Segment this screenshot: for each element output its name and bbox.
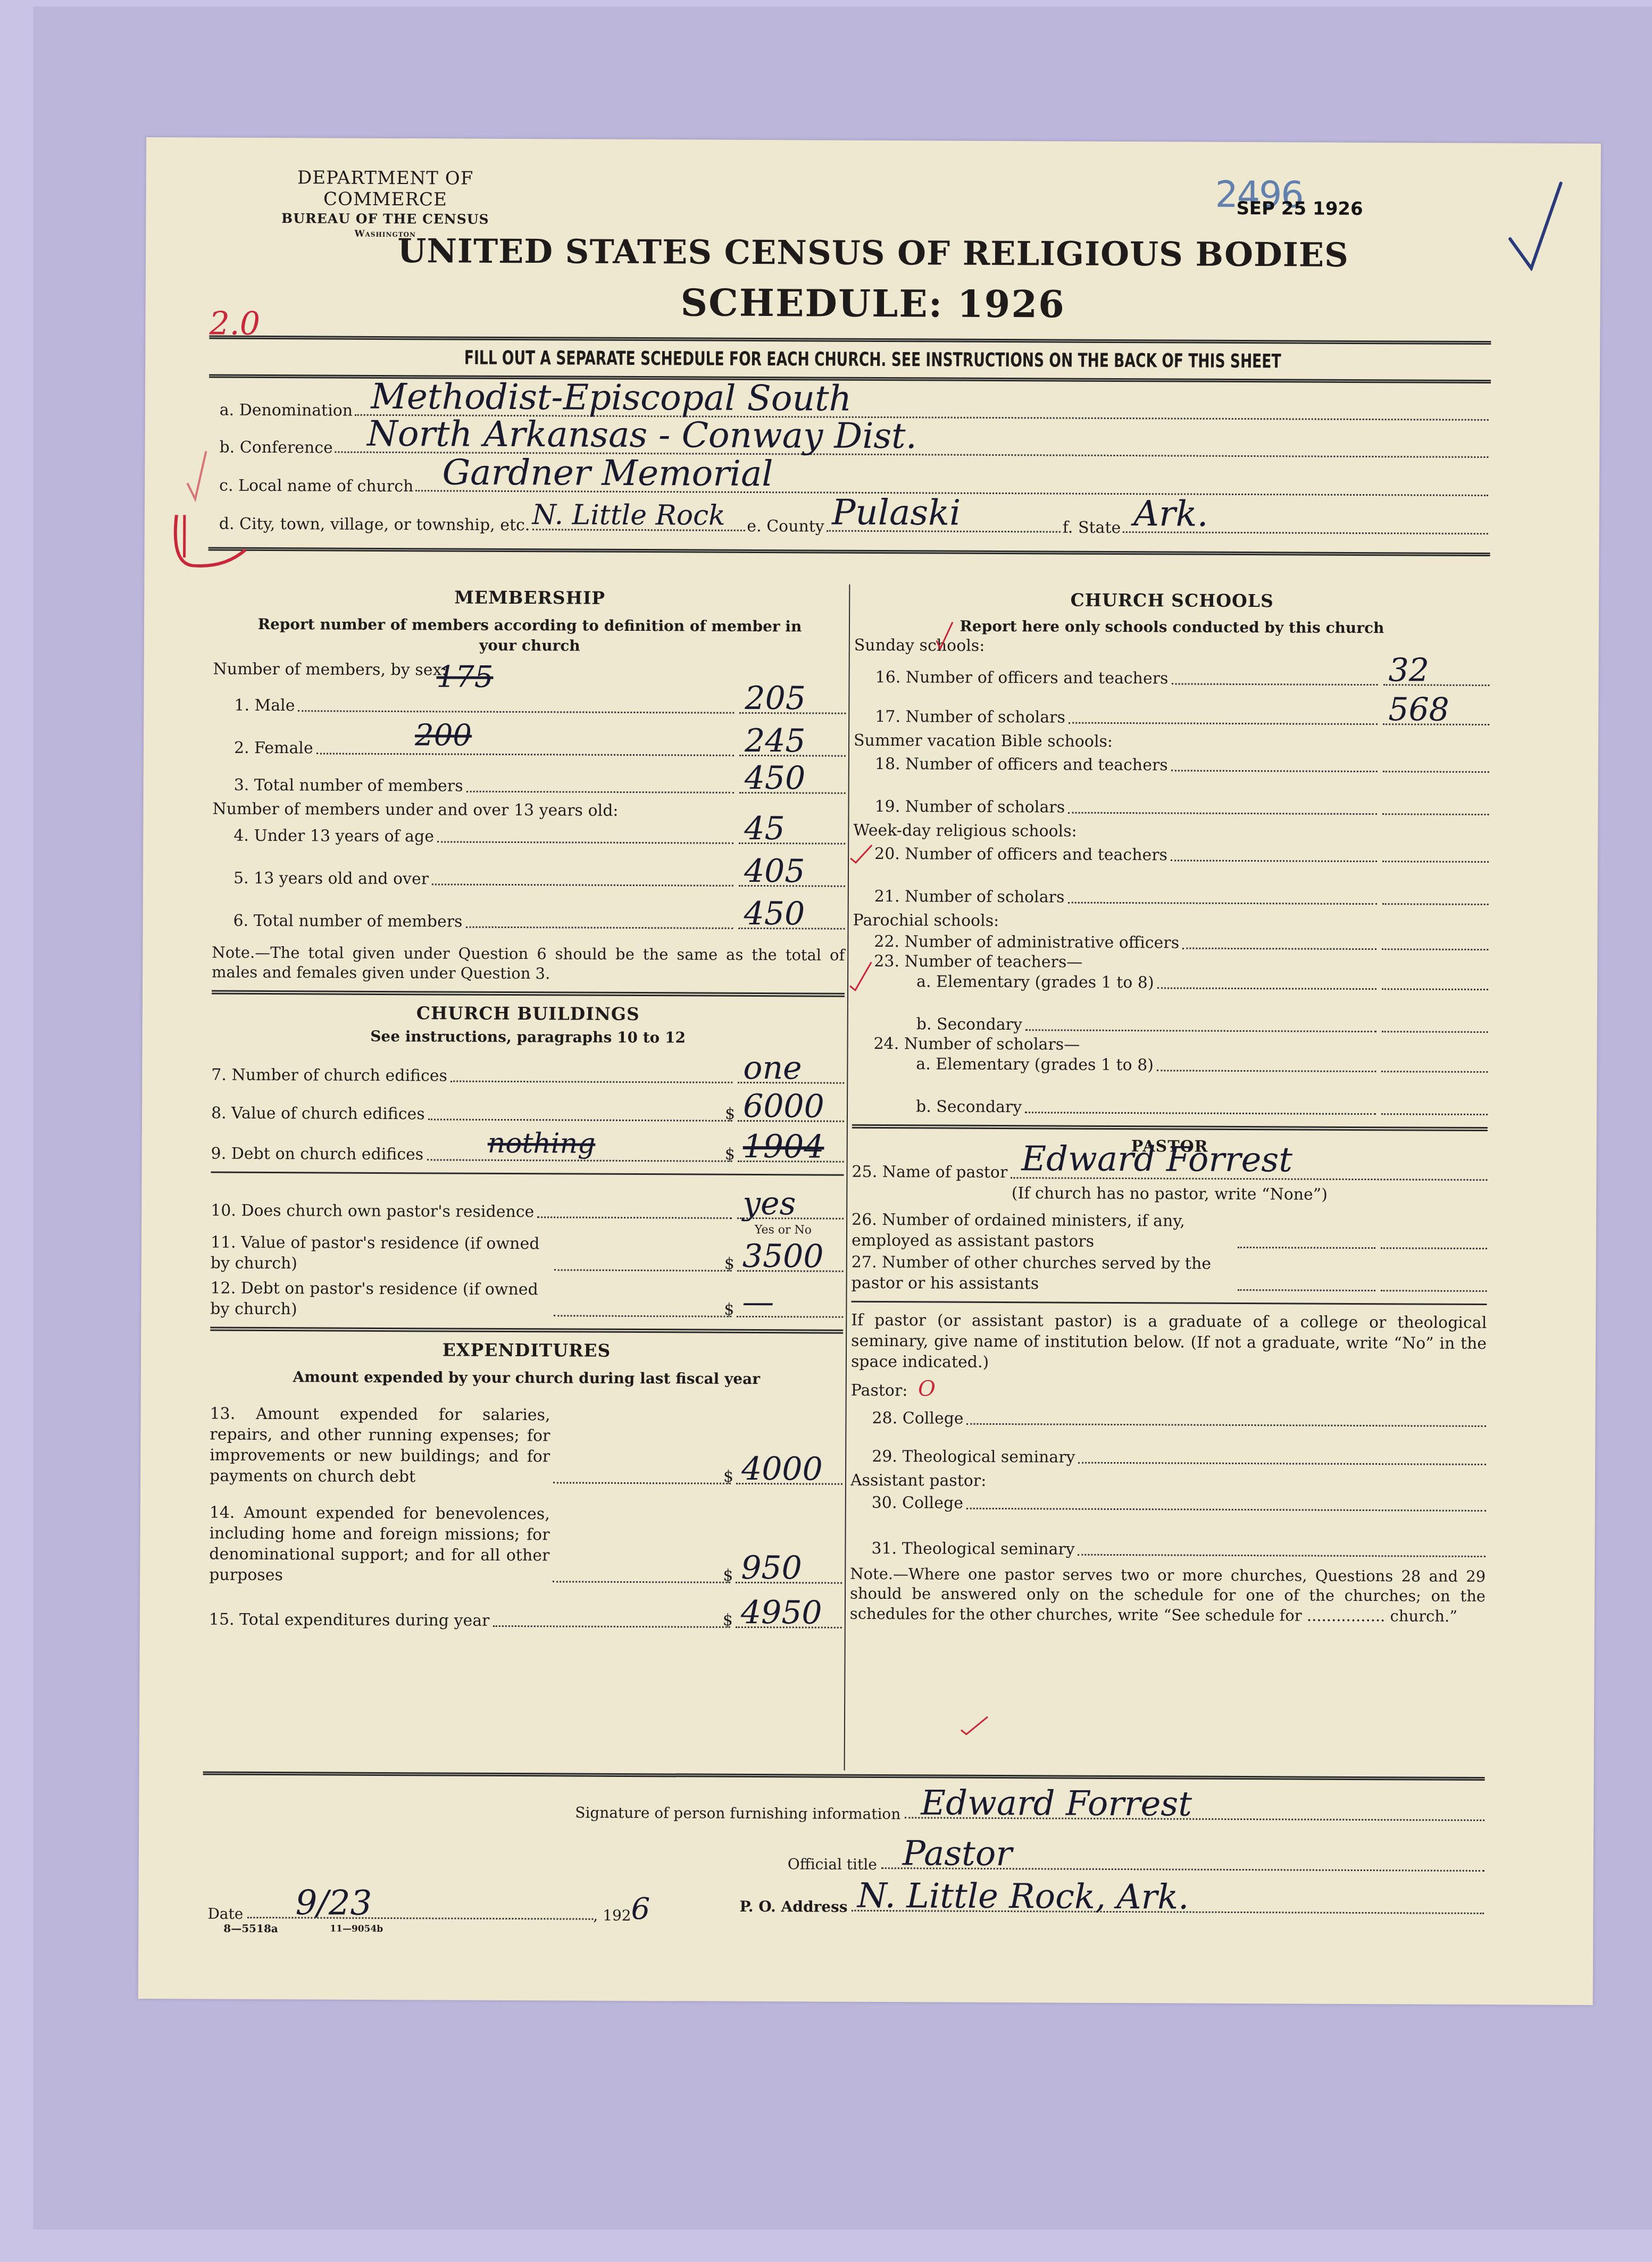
county-value: Pulaski — [832, 495, 961, 531]
divider — [209, 336, 1491, 345]
q21-label: 21. Number of scholars — [874, 886, 1065, 908]
q2-label: 2. Female — [234, 737, 313, 758]
divider — [851, 1301, 1487, 1305]
pastor-red-mark: O — [918, 1376, 936, 1401]
leader-dots — [466, 790, 734, 793]
county-label: e. County — [747, 517, 824, 536]
expenditures-title: EXPENDITURES — [210, 1338, 843, 1362]
weekday-label: Week-day religious schools: — [853, 821, 1489, 842]
red-check-icon — [848, 842, 874, 864]
q5-label: 5. 13 years old and over — [233, 867, 429, 889]
q11-field[interactable]: 3500 — [737, 1270, 844, 1272]
by-sex-label: Number of members, by sex: — [213, 660, 846, 681]
q17-field[interactable]: 568 — [1383, 723, 1489, 725]
q20-label: 20. Number of officers and teachers — [874, 844, 1167, 865]
q10-label: 10. Does church own pastor's residence — [211, 1200, 534, 1222]
divider — [852, 1124, 1488, 1131]
q30-field[interactable] — [966, 1508, 1486, 1512]
q23-label: 23. Number of teachers— — [853, 952, 1488, 973]
q4-field[interactable]: 45 — [739, 841, 845, 844]
summer-label: Summer vacation Bible schools: — [854, 731, 1489, 753]
leader-dots — [1182, 947, 1376, 950]
city-label: d. City, town, village, or township, etc… — [219, 515, 530, 535]
q28-row: 28. College — [850, 1401, 1486, 1431]
buildings-title: CHURCH BUILDINGS — [212, 1002, 845, 1025]
leader-dots — [1025, 1112, 1376, 1115]
q2-female-row: 2. Female 200 245 — [213, 715, 846, 761]
q13-value: 4000 — [741, 1453, 823, 1485]
q15-row: 15. Total expenditures during year 4950 — [209, 1585, 842, 1632]
q23a-field[interactable] — [1382, 988, 1488, 990]
q1-value: 205 — [745, 682, 806, 714]
conference-row: b. Conference North Arkansas - Conway Di… — [219, 425, 1490, 462]
denomination-value: Methodist-Episcopal South — [371, 379, 852, 416]
leader-dots — [1157, 1070, 1376, 1072]
q29-field[interactable] — [1078, 1462, 1486, 1465]
q14-row: 14. Amount expended for benevolences, in… — [209, 1489, 842, 1588]
q9-row: 9. Debt on church edifices nothing 1904 — [211, 1123, 844, 1166]
leader-dots — [316, 753, 734, 756]
q15-label: 15. Total expenditures during year — [209, 1609, 490, 1631]
form-number-2: 11—9054b — [330, 1924, 383, 1934]
graduate-instructions: If pastor (or assistant pastor) is a gra… — [851, 1310, 1487, 1375]
q17-value: 568 — [1388, 694, 1449, 725]
address-row: P. O. Address N. Little Rock, Ark. — [739, 1898, 1484, 1918]
q26-label: 26. Number of ordained ministers, if any… — [852, 1209, 1234, 1253]
city-field[interactable]: N. Little Rock — [532, 529, 745, 531]
bureau-name: BUREAU OF THE CENSUS — [236, 211, 534, 227]
signature-label: Signature of person furnishing informati… — [575, 1804, 900, 1823]
q3-value: 450 — [745, 762, 806, 794]
q27-row: 27. Number of other churches served by t… — [852, 1251, 1487, 1296]
q3-total-field[interactable]: 450 — [739, 791, 846, 794]
leader-dots — [432, 883, 733, 886]
leader-dots — [465, 926, 733, 929]
department-name: DEPARTMENT OF COMMERCE — [236, 167, 534, 211]
leader-dots — [298, 710, 734, 714]
red-check-icon — [934, 619, 955, 651]
state-field[interactable]: Ark. — [1123, 531, 1488, 535]
q10-row: 10. Does church own pastor's residence y… — [211, 1180, 844, 1223]
assistant-label: Assistant pastor: — [850, 1471, 1486, 1492]
q22-label: 22. Number of administrative officers — [874, 931, 1179, 954]
leader-dots — [1171, 683, 1378, 686]
address-field[interactable]: N. Little Rock, Ark. — [852, 1909, 1484, 1914]
q23b-field[interactable] — [1382, 1030, 1488, 1033]
q30-row: 30. College — [850, 1490, 1486, 1516]
membership-title: MEMBERSHIP — [213, 586, 846, 610]
q25-field[interactable]: Edward Forrest — [1011, 1177, 1487, 1181]
q16-field[interactable]: 32 — [1383, 683, 1490, 686]
q7-value: one — [743, 1052, 802, 1084]
q18-label: 18. Number of officers and teachers — [875, 754, 1168, 775]
leader-dots — [1171, 770, 1378, 772]
leader-dots — [437, 841, 733, 844]
document-title: UNITED STATES CENSUS OF RELIGIOUS BODIES — [146, 230, 1600, 276]
q14-value: 950 — [741, 1551, 802, 1583]
pastor-subhead: Pastor: O — [851, 1376, 1487, 1404]
q12-label: 12. Debt on pastor's residence (if owned… — [210, 1278, 550, 1321]
state-value: Ark. — [1133, 496, 1208, 532]
q7-field[interactable]: one — [738, 1081, 844, 1084]
q19-label: 19. Number of scholars — [874, 796, 1065, 818]
q8-field[interactable]: 6000 — [738, 1120, 844, 1122]
q7-label: 7. Number of church edifices — [211, 1064, 447, 1086]
q20-row: 20. Number of officers and teachers — [853, 840, 1489, 867]
q16-value: 32 — [1389, 654, 1430, 686]
address-label: P. O. Address — [739, 1898, 847, 1916]
conference-value: North Arkansas - Conway Dist. — [367, 416, 917, 454]
leader-dots — [450, 1080, 732, 1083]
q23a-label: a. Elementary (grades 1 to 8) — [916, 971, 1154, 993]
city-value: N. Little Rock — [532, 501, 725, 530]
q8-label: 8. Value of church edifices — [211, 1103, 425, 1124]
q29-row: 29. Theological seminary — [850, 1429, 1486, 1470]
official-title-label: Official title — [788, 1855, 877, 1873]
q1-struck-value: 175 — [436, 658, 493, 697]
q9-field[interactable]: 1904 — [738, 1160, 844, 1163]
q25-hint: (If church has no pastor, write “None”) — [852, 1182, 1487, 1206]
denomination-label: a. Denomination — [220, 401, 353, 420]
location-row: d. City, town, village, or township, etc… — [219, 502, 1490, 539]
q30-label: 30. College — [872, 1492, 963, 1514]
q4-label: 4. Under 13 years of age — [233, 825, 434, 847]
parochial-label: Parochial schools: — [853, 911, 1489, 932]
divider — [212, 990, 845, 997]
leader-dots — [428, 1119, 732, 1121]
q1-label: 1. Male — [234, 695, 295, 715]
census-schedule-document: DEPARTMENT OF COMMERCE BUREAU OF THE CEN… — [138, 137, 1601, 2005]
leader-dots — [1157, 987, 1376, 990]
q26-field[interactable] — [1381, 1247, 1487, 1249]
q16-row: 16. Number of officers and teachers 32 — [854, 655, 1489, 690]
divider — [211, 1171, 844, 1175]
leader-dots — [493, 1625, 730, 1627]
schedule-title: SCHEDULE: 1926 — [145, 278, 1600, 329]
year-prefix: , 192 — [593, 1907, 631, 1924]
leader-dots — [553, 1581, 730, 1583]
q2-value: 245 — [745, 725, 806, 757]
q25-value: Edward Forrest — [1021, 1137, 1292, 1182]
schools-title: CHURCH SCHOOLS — [854, 589, 1490, 612]
state-label: f. State — [1063, 519, 1121, 537]
stamp-date: SEP 25 1926 — [1236, 198, 1363, 220]
q5-value: 405 — [744, 855, 805, 887]
leader-dots — [1025, 1029, 1376, 1032]
q15-value: 4950 — [741, 1596, 822, 1629]
signature-row: Signature of person furnishing informati… — [575, 1804, 1484, 1825]
q31-row: 31. Theological seminary — [850, 1513, 1486, 1562]
buildings-subtitle: See instructions, paragraphs 10 to 12 — [212, 1026, 845, 1049]
q17-row: 17. Number of scholars 568 — [854, 688, 1489, 730]
q25-row: 25. Name of pastor Edward Forrest — [852, 1155, 1487, 1185]
q5-field[interactable]: 405 — [739, 884, 845, 887]
q9-struck-note: nothing — [488, 1126, 596, 1162]
fill-out-instruction: FILL OUT A SEPARATE SCHEDULE FOR EACH CH… — [276, 346, 1469, 373]
right-column: CHURCH SCHOOLS Report here only schools … — [850, 585, 1490, 1627]
divider — [210, 1326, 843, 1333]
q29-label: 29. Theological seminary — [872, 1446, 1075, 1468]
date-row: Date 9/23 , 192 6 — [207, 1893, 650, 1925]
left-column: MEMBERSHIP Report number of members acco… — [209, 582, 847, 1633]
department-header: DEPARTMENT OF COMMERCE BUREAU OF THE CEN… — [236, 167, 535, 240]
q21-row: 21. Number of scholars — [853, 864, 1489, 909]
q27-field[interactable] — [1381, 1289, 1487, 1292]
q11-row: 11. Value of pastor's residence (if owne… — [211, 1234, 844, 1276]
pastor-note: Note.—Where one pastor serves two or mor… — [850, 1564, 1486, 1627]
q23b-row: b. Secondary — [853, 992, 1488, 1037]
q15-field[interactable]: 4950 — [736, 1625, 842, 1628]
q23a-row: a. Elementary (grades 1 to 8) — [853, 971, 1488, 995]
q1-male-field[interactable]: 205 — [739, 711, 846, 714]
q24b-field[interactable] — [1381, 1113, 1488, 1115]
membership-subtitle: Report number of members according to de… — [245, 614, 814, 657]
signature-value: Edward Forrest — [921, 1786, 1192, 1821]
q12-field[interactable]: — — [737, 1315, 843, 1318]
q4-row: 4. Under 13 years of age 45 — [212, 818, 845, 848]
q24a-row: a. Elementary (grades 1 to 8) — [852, 1053, 1488, 1077]
year-value: 6 — [631, 1894, 650, 1924]
q28-field[interactable] — [967, 1423, 1487, 1427]
local-name-value: Gardner Memorial — [442, 455, 773, 491]
q2-struck-value: 200 — [415, 716, 472, 755]
official-title-field[interactable]: Pastor — [881, 1867, 1484, 1872]
q9-label: 9. Debt on church edifices — [211, 1143, 424, 1165]
q5-row: 5. 13 years old and over 405 — [212, 846, 845, 891]
q22-field[interactable] — [1382, 948, 1488, 950]
q10-value: yes — [742, 1188, 796, 1220]
leader-dots — [1238, 1247, 1375, 1249]
leader-dots — [1068, 812, 1377, 815]
official-title-value: Pastor — [903, 1837, 1012, 1871]
divider — [203, 1771, 1485, 1781]
q19-row: 19. Number of scholars — [853, 774, 1489, 820]
leader-dots — [554, 1315, 731, 1317]
q24a-field[interactable] — [1381, 1070, 1488, 1073]
q12-value: — — [742, 1286, 774, 1318]
leader-dots — [1238, 1289, 1375, 1291]
date-label: Date — [207, 1905, 243, 1923]
membership-note: Note.—The total given under Question 6 s… — [212, 942, 845, 986]
q9-value: 1904 — [743, 1131, 824, 1163]
red-check-icon — [847, 959, 874, 991]
leader-dots — [554, 1269, 732, 1271]
q11-label: 11. Value of pastor's residence (if owne… — [211, 1232, 551, 1275]
q25-label: 25. Name of pastor — [852, 1162, 1007, 1183]
q16-label: 16. Number of officers and teachers — [875, 667, 1168, 689]
leader-dots — [1171, 859, 1377, 862]
q8-value: 6000 — [743, 1090, 824, 1123]
q3-label: 3. Total number of members — [234, 774, 463, 796]
q4-value: 45 — [744, 813, 785, 845]
q31-field[interactable] — [1078, 1554, 1486, 1557]
q8-row: 8. Value of church edifices 6000 — [211, 1085, 844, 1126]
leader-dots — [1069, 722, 1378, 725]
q6-value: 450 — [744, 898, 805, 930]
q10-field[interactable]: yes — [737, 1217, 844, 1220]
q24-label: 24. Number of scholars— — [853, 1034, 1488, 1056]
q13-label: 13. Amount expended for salaries, repair… — [210, 1403, 550, 1488]
county-field[interactable]: Pulaski — [827, 530, 1061, 533]
q20-field[interactable] — [1382, 860, 1489, 863]
q18-row: 18. Number of officers and teachers — [854, 750, 1489, 777]
q7-row: 7. Number of church edifices one — [211, 1050, 844, 1088]
pastor-label: Pastor: — [851, 1381, 908, 1400]
q6-field[interactable]: 450 — [739, 926, 845, 929]
red-bracket-mark — [155, 435, 251, 574]
leader-dots — [553, 1482, 731, 1484]
q19-field[interactable] — [1382, 813, 1489, 815]
official-title-row: Official title Pastor — [788, 1855, 1484, 1876]
q22-row: 22. Number of administrative officers — [853, 930, 1488, 955]
q31-label: 31. Theological seminary — [871, 1538, 1075, 1560]
q14-label: 14. Amount expended for benevolences, in… — [209, 1502, 550, 1587]
q24b-row: b. Secondary — [852, 1074, 1488, 1120]
q26-row: 26. Number of ordained ministers, if any… — [852, 1208, 1487, 1254]
leader-dots — [537, 1216, 732, 1219]
q6-label: 6. Total number of members — [233, 910, 462, 932]
q13-row: 13. Amount expended for salaries, repair… — [210, 1393, 843, 1489]
expenditures-subtitle: Amount expended by your church during la… — [210, 1366, 843, 1389]
signature-field[interactable]: Edward Forrest — [905, 1816, 1484, 1821]
red-check-icon — [958, 1714, 990, 1735]
q12-row: 12. Debt on pastor's residence (if owned… — [210, 1278, 843, 1322]
date-field[interactable]: 9/23 — [247, 1916, 593, 1920]
q27-label: 27. Number of other churches served by t… — [852, 1252, 1234, 1295]
q18-field[interactable] — [1383, 770, 1489, 773]
q11-value: 3500 — [742, 1240, 824, 1273]
divider — [208, 547, 1490, 557]
q17-label: 17. Number of scholars — [875, 706, 1065, 728]
q23b-label: b. Secondary — [916, 1014, 1022, 1035]
form-number-1: 8—5518a — [223, 1922, 278, 1935]
q28-label: 28. College — [872, 1408, 963, 1429]
q14-field[interactable]: 950 — [736, 1581, 842, 1583]
address-value: N. Little Rock, Ark. — [857, 1879, 1189, 1915]
q2-female-field[interactable]: 245 — [739, 754, 846, 756]
q13-field[interactable]: 4000 — [736, 1482, 842, 1484]
q21-field[interactable] — [1382, 903, 1489, 905]
leader-dots — [1067, 902, 1376, 905]
q3-total-row: 3. Total number of members 450 — [213, 758, 846, 798]
q6-row: 6. Total number of members 450 — [212, 888, 845, 933]
q24b-label: b. Secondary — [916, 1096, 1022, 1117]
q24a-label: a. Elementary (grades 1 to 8) — [916, 1054, 1154, 1075]
date-value: 9/23 — [295, 1886, 372, 1921]
q1-male-row: 1. Male 175 205 — [213, 678, 846, 718]
